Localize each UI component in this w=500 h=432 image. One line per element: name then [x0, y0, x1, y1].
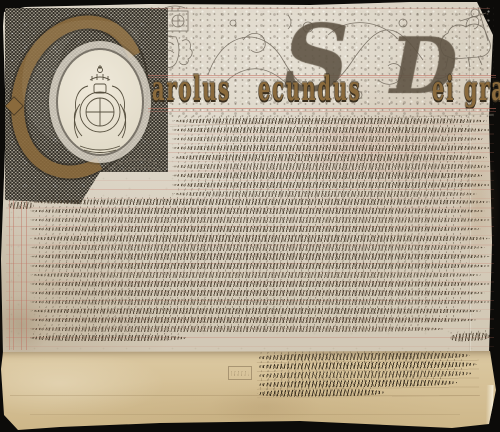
manuscript-text-line: [30, 226, 481, 232]
manuscript-text-line: [30, 299, 490, 305]
parchment-edge-highlight: [485, 385, 493, 427]
manuscript-text-line: [30, 326, 444, 332]
manuscript-text-line: [172, 154, 487, 160]
manuscript-text-line: [30, 253, 490, 259]
plica-crease: [30, 414, 460, 415]
manuscript-text-line: [30, 317, 476, 323]
archival-pencil-box: [228, 366, 252, 380]
manuscript-text-line: [172, 145, 490, 151]
marginal-pencil-note: [8, 202, 34, 209]
manuscript-text-line: [172, 127, 490, 133]
manuscript-text-line: [172, 163, 490, 169]
manuscript-text-line: [172, 136, 484, 142]
manuscript-text-line: [30, 272, 481, 278]
manuscript-text-line: [172, 172, 484, 178]
manuscript-text-line: [30, 290, 485, 296]
manuscript-text-line: [30, 235, 490, 241]
charter-photograph: C: [0, 0, 500, 432]
royal-coat-of-arms: [58, 50, 142, 154]
manuscript-text-line: [172, 118, 487, 124]
manuscript-text-line: [30, 199, 490, 205]
text-block-lower: [30, 199, 490, 344]
manuscript-text-line: [30, 244, 485, 250]
title-word-arolus: arolus: [152, 71, 231, 105]
manuscript-text-line: [30, 335, 186, 341]
title-word-dei-gra: ei gra: [432, 71, 500, 105]
arms-medallion: [58, 50, 142, 154]
manuscript-text-line: [30, 308, 481, 314]
manuscript-text-line: [30, 217, 490, 223]
margin-rule: [26, 195, 27, 350]
manuscript-text-line: [30, 263, 490, 269]
manuscript-text-line: [172, 182, 490, 188]
title-word-secundus: ecundus: [258, 71, 361, 105]
manuscript-text-line: [30, 208, 485, 214]
margin-rule: [21, 195, 22, 350]
manuscript-text-line: [30, 281, 490, 287]
manuscript-text-line: [257, 388, 384, 396]
endorsement-text-block: [257, 352, 479, 399]
plica-fold: [0, 351, 500, 432]
text-block-upper: [172, 118, 490, 200]
